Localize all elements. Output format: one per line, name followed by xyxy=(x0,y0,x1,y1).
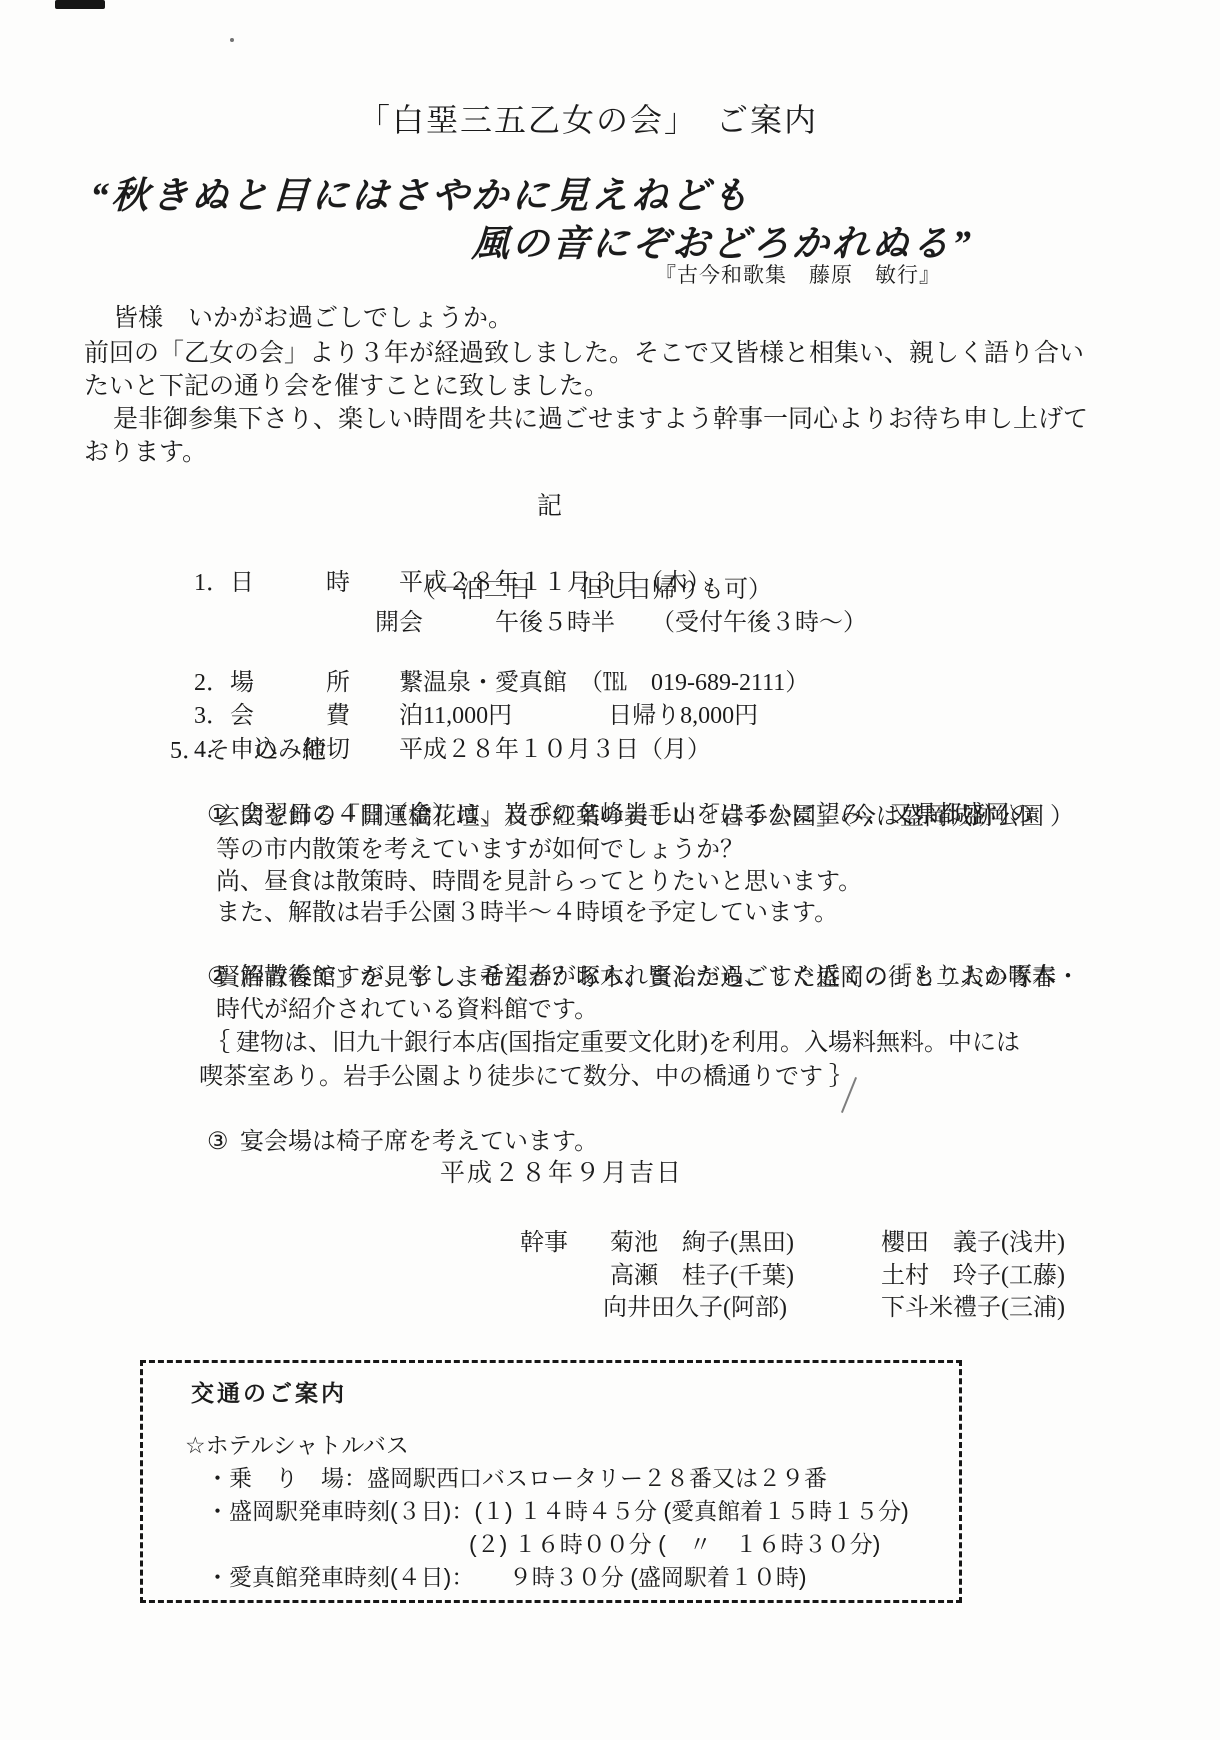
note2-line-3: 時代が紹介されている資料館です。 xyxy=(216,995,598,1025)
note3-line-1: 宴会場は椅子席を考えています。 xyxy=(240,1129,598,1155)
bus-stop-line: ・乗 り 場：盛岡駅西口バスロータリー２８番又は２９番 xyxy=(206,1464,827,1493)
departure-line-1: ・盛岡駅発車時刻(３日)：(１) １４時４５分 (愛真館着１５時１５分) xyxy=(206,1497,909,1526)
greeting-line-3: たいと下記の通り会を催すことに致しました。 xyxy=(84,371,609,402)
note2-line-5: 喫茶室あり。岩手公園より徒歩にて数分、中の橋通りです ｝ xyxy=(199,1062,853,1092)
organizer-name: 菊池 絢子(黒田) xyxy=(610,1228,794,1258)
organizer-name: 向井田久子(阿部) xyxy=(603,1293,787,1323)
item1-label: 1．日 時 xyxy=(194,568,399,598)
greeting-line-1: 皆様 いかがお過ごしでしょうか。 xyxy=(113,303,513,334)
organizer-name: 下斗米禮子(三浦) xyxy=(881,1293,1065,1323)
record-item-5: 5．そ の 他 xyxy=(170,736,326,766)
scan-artifact xyxy=(55,0,105,9)
poem-line-1: “秋きぬと目にはさやかに見えねども xyxy=(89,174,753,220)
departure-line-3: ・愛真館発車時刻(４日)： ９時３０分 (盛岡駅着１０時) xyxy=(206,1563,807,1592)
organizer-name: 土村 玲子(工藤) xyxy=(881,1261,1065,1291)
note1-line-5: また、解散は岩手公園３時半～４時頃を予定しています。 xyxy=(216,898,838,928)
item1-value-2: （一泊二日 但し日帰りも可） xyxy=(412,575,772,605)
organizer-role: 幹事 xyxy=(520,1228,568,1258)
note1-line-4: 尚、昼食は散策時、時間を見計らってとりたいと思います。 xyxy=(216,867,862,897)
note1-line-2: 玄関を飾る「開運橋花壇」及び紅葉の美しい「岩手公園」（今は盛岡城跡公園 ） xyxy=(216,802,1074,832)
note1-line-3: 等の市内散策を考えていますが如何でしょうか？ xyxy=(216,835,744,865)
item1-value-3: 開会 午後５時半 （受付午後３時～） xyxy=(375,608,867,638)
issue-date: 平成２８年９月吉日 xyxy=(440,1158,683,1189)
scan-artifact xyxy=(230,38,234,42)
transport-info-box: 交通のご案内 ☆ホテルシャトルバス ・乗 り 場：盛岡駅西口バスロータリー２８番… xyxy=(140,1360,962,1603)
greeting-line-4: 是非御参集下さり、楽しい時間を共に過ごせますよう幹事一同心よりお待ち申し上げて xyxy=(113,404,1088,435)
organizer-name: 櫻田 義子(浅井) xyxy=(881,1228,1065,1258)
note2-line-4: ｛ 建物は、旧九十銀行本店(国指定重要文化財)を利用。入場料無料。中には xyxy=(206,1028,1020,1058)
note3-marker: ③ xyxy=(207,1127,240,1157)
item4-value: 平成２８年１０月３日（月） xyxy=(399,737,711,763)
poem-attribution: 『古今和歌集 藤原 敏行』 xyxy=(655,262,941,288)
greeting-line-5: おります。 xyxy=(84,437,207,468)
record-heading: 記 xyxy=(537,491,564,522)
shuttle-bus-title: ☆ホテルシャトルバス xyxy=(185,1431,409,1460)
departure-line-2: (２) １６時００分 ( 〃 １６時３０分) xyxy=(469,1530,880,1559)
note2-line-2: 賢治青春館」を見学しませんか？啄木、賢治が過ごした盛岡の街と二人の青春 xyxy=(216,963,1056,993)
greeting-line-2: 前回の「乙女の会」より３年が経過致しました。そこで又皆様と相集い、親しく語り合い xyxy=(84,338,1084,369)
page-title: 「白堊三五乙女の会」 ご案内 xyxy=(358,100,818,140)
transport-heading: 交通のご案内 xyxy=(191,1379,347,1408)
document-page: 「白堊三五乙女の会」 ご案内 “秋きぬと目にはさやかに見えねども 風の音にぞおど… xyxy=(0,0,1220,1740)
organizer-name: 高瀬 桂子(千葉) xyxy=(610,1261,794,1291)
